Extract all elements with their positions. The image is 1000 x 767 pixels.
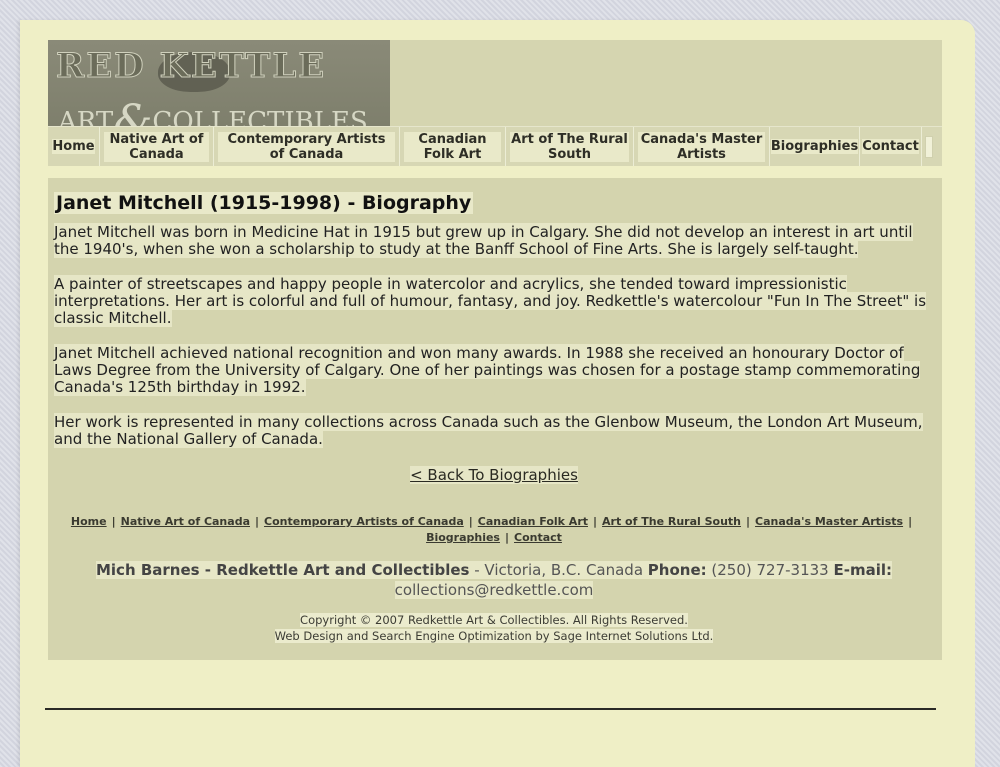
nav-label: Contemporary Artists of Canada [218,132,395,162]
footer-link-rural-south[interactable]: Art of The Rural South [602,515,741,528]
phone-label: Phone: [648,561,707,579]
logo-title: RED KETTLE [56,46,326,86]
business-location: - Victoria, B.C. Canada [469,561,647,579]
bio-paragraph: Janet Mitchell achieved national recogni… [54,345,934,396]
nav-label: Home [52,139,94,154]
nav-end-cap [922,127,936,166]
nav-canadian-folk-art[interactable]: Canadian Folk Art [400,127,506,166]
nav-label: Art of The Rural South [510,132,629,162]
bio-paragraph: Janet Mitchell was born in Medicine Hat … [54,224,934,258]
separator: | [593,515,597,528]
separator: | [255,515,259,528]
nav-canadas-master-artists[interactable]: Canada's Master Artists [634,127,770,166]
web-page: RED KETTLE ART&COLLECTIBLES Home Native … [48,40,942,660]
paragraph-text: Janet Mitchell achieved national recogni… [54,344,920,396]
logo-subtitle: ART&COLLECTIBLES [58,90,368,126]
page-title: Janet Mitchell (1915-1998) - Biography [54,192,473,214]
bio-paragraph: Her work is represented in many collecti… [54,414,934,448]
biography-content: Janet Mitchell (1915-1998) - Biography J… [48,178,942,660]
email-label: E-mail: [833,561,892,579]
contact-line: Mich Barnes - Redkettle Art and Collecti… [96,561,892,579]
paragraph-text: A painter of streetscapes and happy peop… [54,275,926,327]
footer-link-biographies[interactable]: Biographies [426,531,500,544]
main-nav: Home Native Art of Canada Contemporary A… [48,126,942,166]
nav-biographies[interactable]: Biographies [770,127,860,166]
nav-contemporary-artists[interactable]: Contemporary Artists of Canada [214,127,400,166]
copyright-text: Copyright © 2007 Redkettle Art & Collect… [300,613,688,627]
nav-label: Canada's Master Artists [638,132,765,162]
email-address[interactable]: collections@redkettle.com [395,581,594,599]
logo-ampersand: & [113,96,152,126]
separator: | [469,515,473,528]
footer-link-native-art[interactable]: Native Art of Canada [121,515,250,528]
separator: | [908,515,912,528]
nav-home[interactable]: Home [48,127,100,166]
footer-link-contemporary-artists[interactable]: Contemporary Artists of Canada [264,515,464,528]
header-banner-fill [390,40,942,126]
horizontal-rule [45,708,936,710]
logo-art-text: ART [58,107,113,126]
separator: | [112,515,116,528]
nav-label: Canadian Folk Art [404,132,501,162]
footer-link-home[interactable]: Home [71,515,107,528]
business-name: Mich Barnes - Redkettle Art and Collecti… [96,561,469,579]
nav-art-of-rural-south[interactable]: Art of The Rural South [506,127,634,166]
site-header: RED KETTLE ART&COLLECTIBLES [48,40,942,126]
design-credit-text: Web Design and Search Engine Optimizatio… [275,629,714,643]
footer-link-master-artists[interactable]: Canada's Master Artists [755,515,903,528]
bio-paragraph: A painter of streetscapes and happy peop… [54,276,934,327]
separator: | [746,515,750,528]
nav-label: Contact [862,139,919,154]
separator: | [505,531,509,544]
nav-label: Native Art of Canada [104,132,209,162]
site-logo[interactable]: RED KETTLE ART&COLLECTIBLES [48,40,390,126]
nav-contact[interactable]: Contact [860,127,922,166]
footer-link-canadian-folk-art[interactable]: Canadian Folk Art [478,515,588,528]
nav-label: Biographies [771,139,858,154]
nav-native-art-of-canada[interactable]: Native Art of Canada [100,127,214,166]
back-link-row: < Back To Biographies [54,466,934,484]
back-to-biographies-link[interactable]: < Back To Biographies [410,466,578,484]
paragraph-text: Her work is represented in many collecti… [54,413,923,448]
footer-link-contact[interactable]: Contact [514,531,562,544]
paragraph-text: Janet Mitchell was born in Medicine Hat … [54,223,913,258]
logo-collectibles-text: COLLECTIBLES [152,107,367,126]
phone-number: (250) 727-3133 [707,561,834,579]
contact-info: Mich Barnes - Redkettle Art and Collecti… [54,560,934,600]
copyright-block: Copyright © 2007 Redkettle Art & Collect… [54,612,934,650]
footer-nav: Home|Native Art of Canada|Contemporary A… [54,514,934,546]
